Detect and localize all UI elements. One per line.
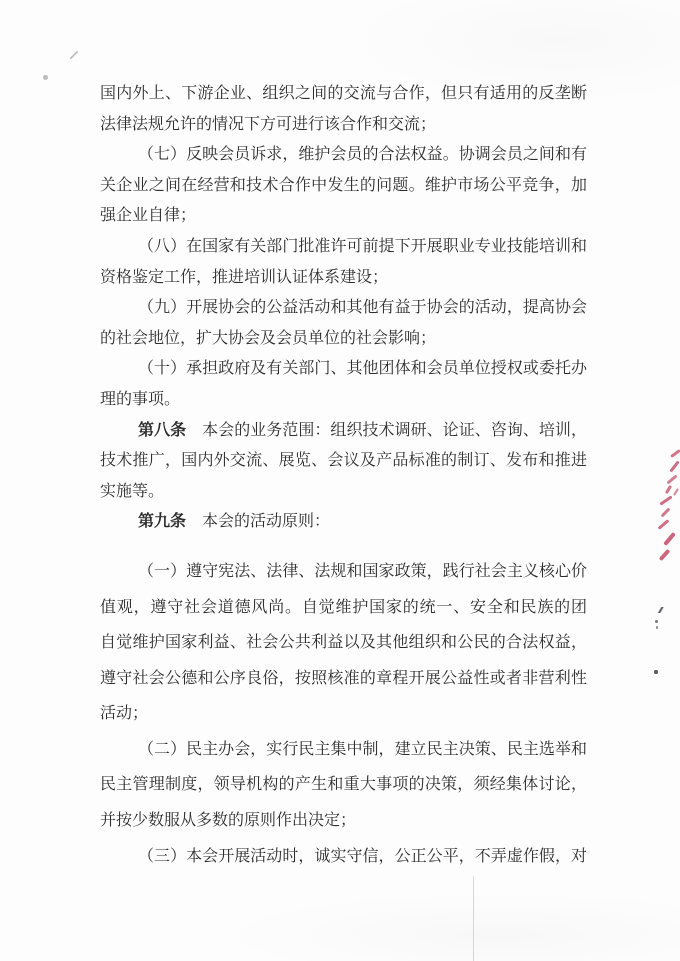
article-text: 本会的活动原则： [186, 513, 330, 530]
article-number: 第九条 [138, 513, 186, 530]
text-line: 关企业之间在经营和技术合作中发生的问题。维护市场公平竞争，加 [100, 171, 587, 202]
scanned-document-page: 国内外上、下游企业、组织之间的交流与合作，但只有适用的反垄断 法律法规允许的情况… [0, 0, 680, 961]
scan-speck [657, 607, 664, 613]
text-line: （十）承担政府及有关部门、其他团体和会员单位授权或委托办 [100, 354, 587, 385]
text-line-article-9: 第九条 本会的活动原则： [100, 507, 587, 538]
text-line: 实施等。 [100, 477, 587, 508]
text-line: （八）在国家有关部门批准许可前提下开展职业专业技能培训和 [100, 232, 587, 263]
text-line: 民主管理制度，领导机构的产生和重大事项的决策，须经集体讨论， [100, 767, 587, 803]
scan-artifact-line [473, 876, 474, 961]
text-line: 并按少数服从多数的原则作出决定； [100, 803, 587, 839]
text-line: （七）反映会员诉求，维护会员的合法权益。协调会员之间和有 [100, 140, 587, 171]
scan-speck [654, 670, 658, 674]
text-line: 的社会地位，扩大协会及会员单位的社会影响； [100, 324, 587, 355]
document-section-lower: （一）遵守宪法、法律、法规和国家政策，践行社会主义核心价 值观，遵守社会道德风尚… [100, 554, 587, 874]
red-seal-fragment-icon [650, 440, 680, 575]
article-text: 本会的业务范围：组织技术调研、论证、咨询、培训， [186, 422, 587, 439]
text-line: 自觉维护国家利益、社会公共利益以及其他组织和公民的合法权益， [100, 625, 587, 661]
text-line-article-8: 第八条 本会的业务范围：组织技术调研、论证、咨询、培训， [100, 416, 587, 447]
document-text-block: 国内外上、下游企业、组织之间的交流与合作，但只有适用的反垄断 法律法规允许的情况… [100, 79, 587, 874]
text-line: 国内外上、下游企业、组织之间的交流与合作，但只有适用的反垄断 [100, 79, 587, 110]
scan-speck [656, 626, 658, 629]
text-line: 法律法规允许的情况下方可进行该合作和交流； [100, 110, 587, 141]
document-section-upper: 国内外上、下游企业、组织之间的交流与合作，但只有适用的反垄断 法律法规允许的情况… [100, 79, 587, 538]
text-line: 遵守社会公德和公序良俗，按照核准的章程开展公益性或者非营利性 [100, 661, 587, 697]
text-line: （三）本会开展活动时，诚实守信，公正公平，不弄虚作假，对 [100, 839, 587, 875]
text-line: （二）民主办会，实行民主集中制，建立民主决策、民主选举和 [100, 732, 587, 768]
scan-speck [43, 75, 48, 80]
text-line: 活动； [100, 696, 587, 732]
scan-speck [70, 51, 78, 59]
text-line: （九）开展协会的公益活动和其他有益于协会的活动，提高协会 [100, 293, 587, 324]
text-line: 强企业自律； [100, 201, 587, 232]
text-line: 理的事项。 [100, 385, 587, 416]
article-number: 第八条 [138, 422, 186, 439]
text-line: 值观，遵守社会道德风尚。自觉维护国家的统一、安全和民族的团结， [100, 590, 587, 626]
text-line: （一）遵守宪法、法律、法规和国家政策，践行社会主义核心价 [100, 554, 587, 590]
text-line: 技术推广，国内外交流、展览、会议及产品标准的制订、发布和推进 [100, 446, 587, 477]
text-line: 资格鉴定工作，推进培训认证体系建设； [100, 263, 587, 294]
scan-speck [655, 620, 658, 623]
